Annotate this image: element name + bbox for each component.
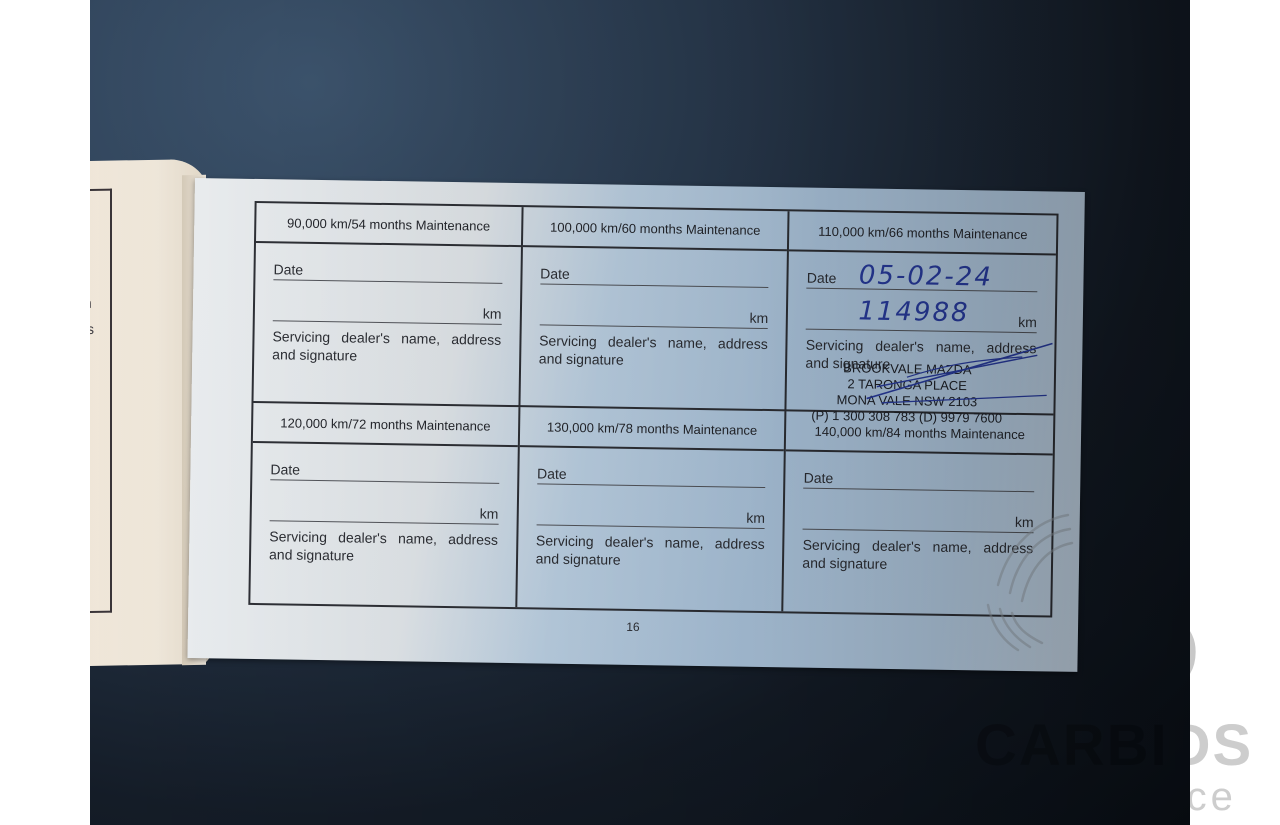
maintenance-cell: 100,000 km/60 months Maintenance Date km…	[520, 207, 790, 411]
watermark-fingerprint-icon	[978, 505, 1078, 655]
maintenance-cell: 130,000 km/78 months Maintenance Date km…	[517, 407, 787, 611]
maintenance-grid: 90,000 km/54 months Maintenance Date km …	[248, 201, 1058, 618]
maintenance-heading: 90,000 km/54 months Maintenance	[256, 203, 521, 247]
watermark-logo-letter: B	[1190, 505, 1206, 685]
maintenance-heading: 110,000 km/66 months Maintenance	[789, 211, 1056, 255]
dealer-label: Servicing dealer's name, address and sig…	[539, 331, 768, 371]
maintenance-cell: 120,000 km/72 months Maintenance Date km…	[250, 403, 520, 607]
booklet-photo: e m ss n s 90,000 km/54 months Maintenan…	[90, 0, 1190, 825]
handwritten-km: 114988	[858, 296, 970, 328]
signature-scribble	[847, 336, 1058, 409]
maintenance-heading: 120,000 km/72 months Maintenance	[253, 403, 518, 447]
dealer-label: Servicing dealer's name, address and sig…	[269, 527, 498, 567]
date-field: Date	[270, 459, 499, 484]
dealer-label: Servicing dealer's name, address and sig…	[272, 327, 501, 367]
maintenance-heading: 100,000 km/60 months Maintenance	[523, 207, 788, 251]
maintenance-cell-completed: 110,000 km/66 months Maintenance Date km…	[787, 211, 1057, 415]
page-number: 16	[188, 613, 1078, 641]
km-field: km	[536, 504, 765, 529]
km-field: km	[273, 300, 502, 325]
km-field: km	[270, 500, 499, 525]
watermark-logo: B	[1190, 505, 1280, 685]
text-fragment: m	[90, 295, 92, 311]
maintenance-cell: 90,000 km/54 months Maintenance Date km …	[253, 203, 523, 407]
date-field: Date	[804, 468, 1035, 493]
date-field: Date	[273, 259, 502, 284]
service-page: 90,000 km/54 months Maintenance Date km …	[187, 178, 1084, 672]
date-field: Date	[540, 263, 769, 288]
stamp-phones: (P) 1 300 308 783 (D) 9979 7600	[807, 408, 1007, 427]
maintenance-heading: 130,000 km/78 months Maintenance	[519, 407, 784, 451]
dealer-label: Servicing dealer's name, address and sig…	[536, 531, 765, 571]
handwritten-date: 05-02-24	[859, 260, 993, 292]
text-fragment: ss	[90, 321, 94, 337]
previous-page-table-frame	[90, 189, 112, 614]
km-field: km	[539, 304, 768, 329]
date-field: Date	[537, 463, 766, 488]
